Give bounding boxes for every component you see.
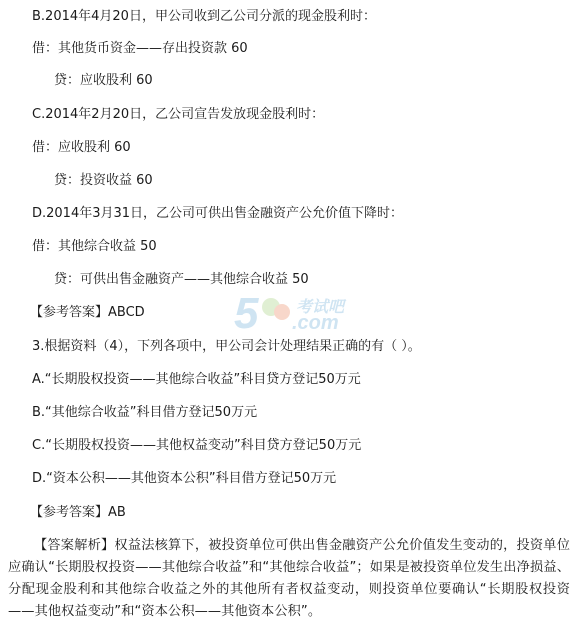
question3-option-b: B.“其他综合收益”科目借方登记50万元 — [32, 404, 257, 422]
answer-q3: 【参考答案】AB — [30, 504, 126, 522]
question3-option-a: A.“长期股权投资——其他综合收益”科目贷方登记50万元 — [32, 371, 361, 389]
option-d-title: D.2014年3月31日，乙公司可供出售金融资产公允价值下降时： — [32, 205, 403, 223]
option-d-credit: 贷：可供出售金融资产——其他综合收益 50 — [54, 271, 309, 289]
question3-option-c: C.“长期股权投资——其他权益变动”科目贷方登记50万元 — [32, 437, 361, 455]
watermark-logo: 5 考试吧 .com — [200, 290, 360, 340]
option-b-credit: 贷：应收股利 60 — [54, 72, 153, 90]
option-c-debit: 借：应收股利 60 — [32, 139, 131, 157]
option-d-debit: 借：其他综合收益 50 — [32, 238, 157, 256]
answer-analysis: 【答案解析】权益法核算下，被投资单位可供出售金融资产公允价值发生变动的，投资单位… — [8, 535, 570, 623]
watermark-circle-icon — [274, 304, 290, 320]
option-c-credit: 贷：投资收益 60 — [54, 172, 153, 190]
watermark-domain: .com — [292, 312, 339, 335]
watermark-digit: 5 — [234, 292, 258, 336]
option-c-title: C.2014年2月20日，乙公司宣告发放现金股利时： — [32, 106, 324, 124]
option-b-title: B.2014年4月20日，甲公司收到乙公司分派的现金股利时： — [32, 8, 376, 26]
answer-q2: 【参考答案】ABCD — [30, 304, 145, 322]
question3-option-d: D.“资本公积——其他资本公积”科目借方登记50万元 — [32, 470, 336, 488]
option-b-debit: 借：其他货币资金——存出投资款 60 — [32, 40, 248, 58]
question3-stem: 3.根据资料（4），下列各项中，甲公司会计处理结果正确的有（ ）。 — [32, 338, 421, 356]
